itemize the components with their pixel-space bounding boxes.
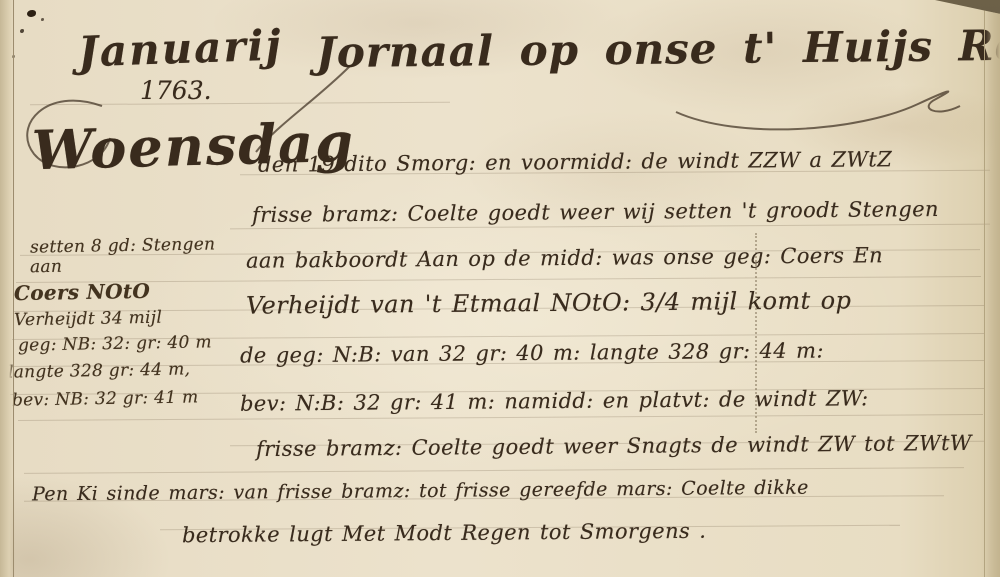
margin-note: geg: NB: 32: gr: 40 m xyxy=(18,332,212,355)
journal-line: frisse bramz: Coelte goedt weer wij sett… xyxy=(252,197,939,227)
margin-note: Coers NOtO xyxy=(14,279,151,305)
header-month: Januarij xyxy=(77,20,283,76)
manuscript-scan: Januarij 1763. Jornaal op onse t' Huijs … xyxy=(0,0,1000,577)
journal-line: de geg: N:B: van 32 gr: 40 m: langte 328… xyxy=(240,338,824,367)
ruling-line xyxy=(18,414,983,421)
journal-line: betrokke lugt Met Modt Regen tot Smorgen… xyxy=(182,519,707,548)
header-year: 1763. xyxy=(140,76,212,105)
journal-line: aan bakboordt Aan op de midd: was onse g… xyxy=(246,243,883,273)
ruling-line xyxy=(30,102,450,106)
margin-note: setten 8 gd: Stengen xyxy=(30,234,216,257)
journal-line: bev: N:B: 32 gr: 41 m: namidd: en platvt… xyxy=(240,386,869,415)
ink-spot xyxy=(20,29,24,33)
page-edge xyxy=(984,0,1000,577)
ink-spot xyxy=(27,10,36,17)
binding-gutter xyxy=(0,0,14,577)
journal-line: Verheijdt van 't Etmaal NOtO: 3/4 mijl k… xyxy=(246,286,852,319)
margin-note: langte 328 gr: 44 m, xyxy=(8,359,191,382)
ruling-line xyxy=(24,467,964,474)
ink-spot xyxy=(41,18,44,21)
margin-note: Verheijdt 34 mijl xyxy=(14,308,162,331)
ruling-line xyxy=(16,276,981,283)
journal-line: frisse bramz: Coelte goedt weer Snagts d… xyxy=(256,431,972,461)
journal-line: den 19 dito Smorg: en voormidd: de windt… xyxy=(258,147,892,177)
manuscript-page: Januarij 1763. Jornaal op onse t' Huijs … xyxy=(0,0,1000,577)
flourish-under-title xyxy=(668,66,978,146)
header-title: Jornaal op onse t' Huijs Reijse xyxy=(316,20,1000,77)
margin-note: bev: NB: 32 gr: 41 m xyxy=(12,387,199,410)
journal-line: Pen Ki sinde mars: van frisse bramz: tot… xyxy=(32,477,809,506)
margin-note: aan xyxy=(30,257,62,278)
